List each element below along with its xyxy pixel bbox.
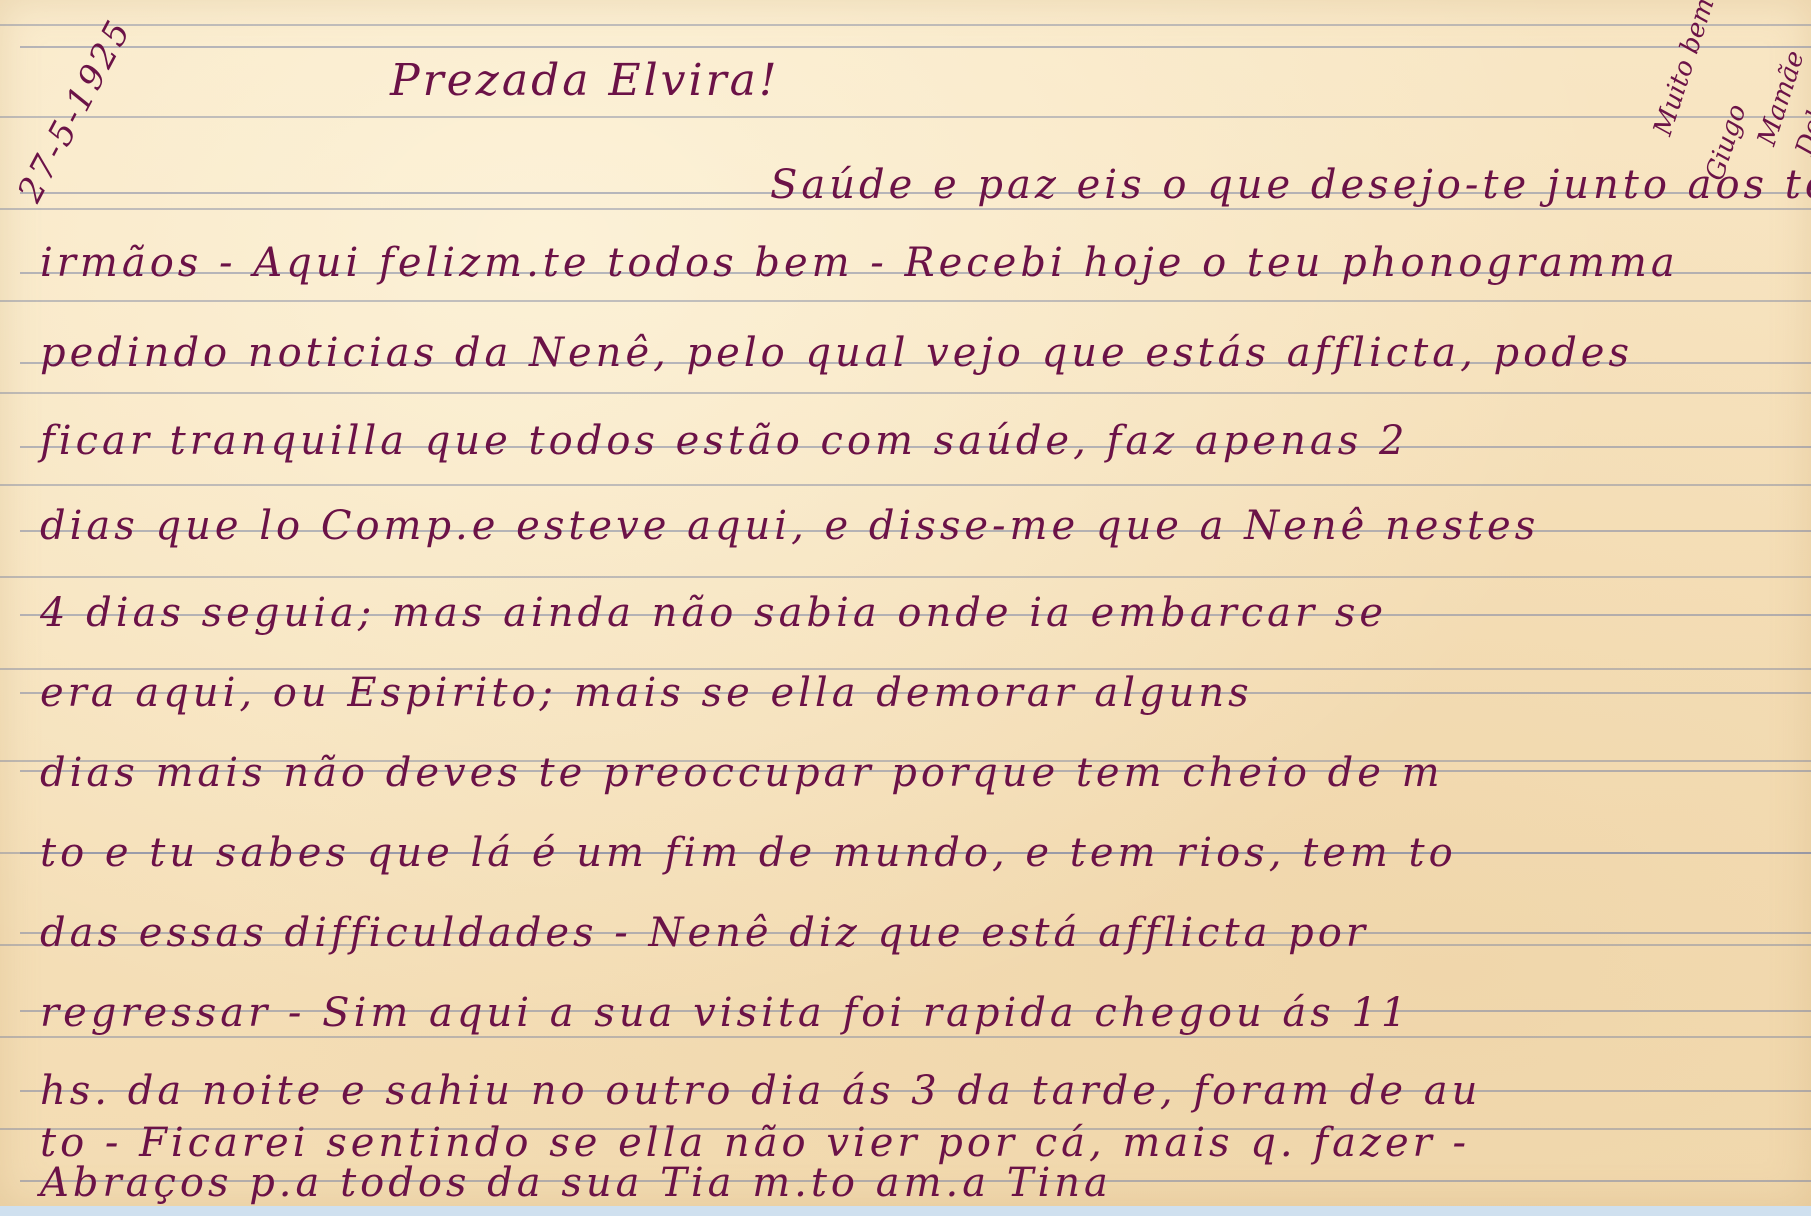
letter-line: dias mais não deves te preoccupar porque… bbox=[40, 750, 1444, 796]
margin-note: Del bbox=[1790, 108, 1811, 160]
letter-paper: 27-5-1925 Prezada Elvira! Muito bem Giug… bbox=[0, 0, 1811, 1206]
letter-line: hs. da noite e sahiu no outro dia ás 3 d… bbox=[40, 1068, 1481, 1114]
letter-line: das essas difficuldades - Nenê diz que e… bbox=[40, 910, 1369, 956]
letter-date: 27-5-1925 bbox=[10, 12, 140, 209]
letter-line: 4 dias seguia; mas ainda não sabia onde … bbox=[40, 590, 1387, 636]
letter-line: pedindo noticias da Nenê, pelo qual vejo… bbox=[40, 330, 1633, 376]
letter-line: era aqui, ou Espirito; mais se ella demo… bbox=[40, 670, 1253, 716]
scan-border bbox=[0, 1206, 1811, 1216]
letter-line: ficar tranquilla que todos estão com saú… bbox=[40, 418, 1408, 464]
letter-line: to e tu sabes que lá é um fim de mundo, … bbox=[40, 830, 1457, 876]
letter-line: irmãos - Aqui felizm.te todos bem - Rece… bbox=[40, 240, 1679, 286]
letter-signoff: Abraços p.a todos da sua Tia m.to am.a T… bbox=[40, 1160, 1112, 1206]
margin-note: Muito bem bbox=[1648, 0, 1721, 139]
letter-salutation: Prezada Elvira! bbox=[390, 55, 780, 106]
ruled-line bbox=[20, 46, 1811, 48]
letter-line: Saúde e paz eis o que desejo-te junto ao… bbox=[770, 162, 1811, 208]
letter-line: regressar - Sim aqui a sua visita foi ra… bbox=[40, 990, 1410, 1036]
letter-line: dias que lo Comp.e esteve aqui, e disse-… bbox=[40, 503, 1539, 549]
